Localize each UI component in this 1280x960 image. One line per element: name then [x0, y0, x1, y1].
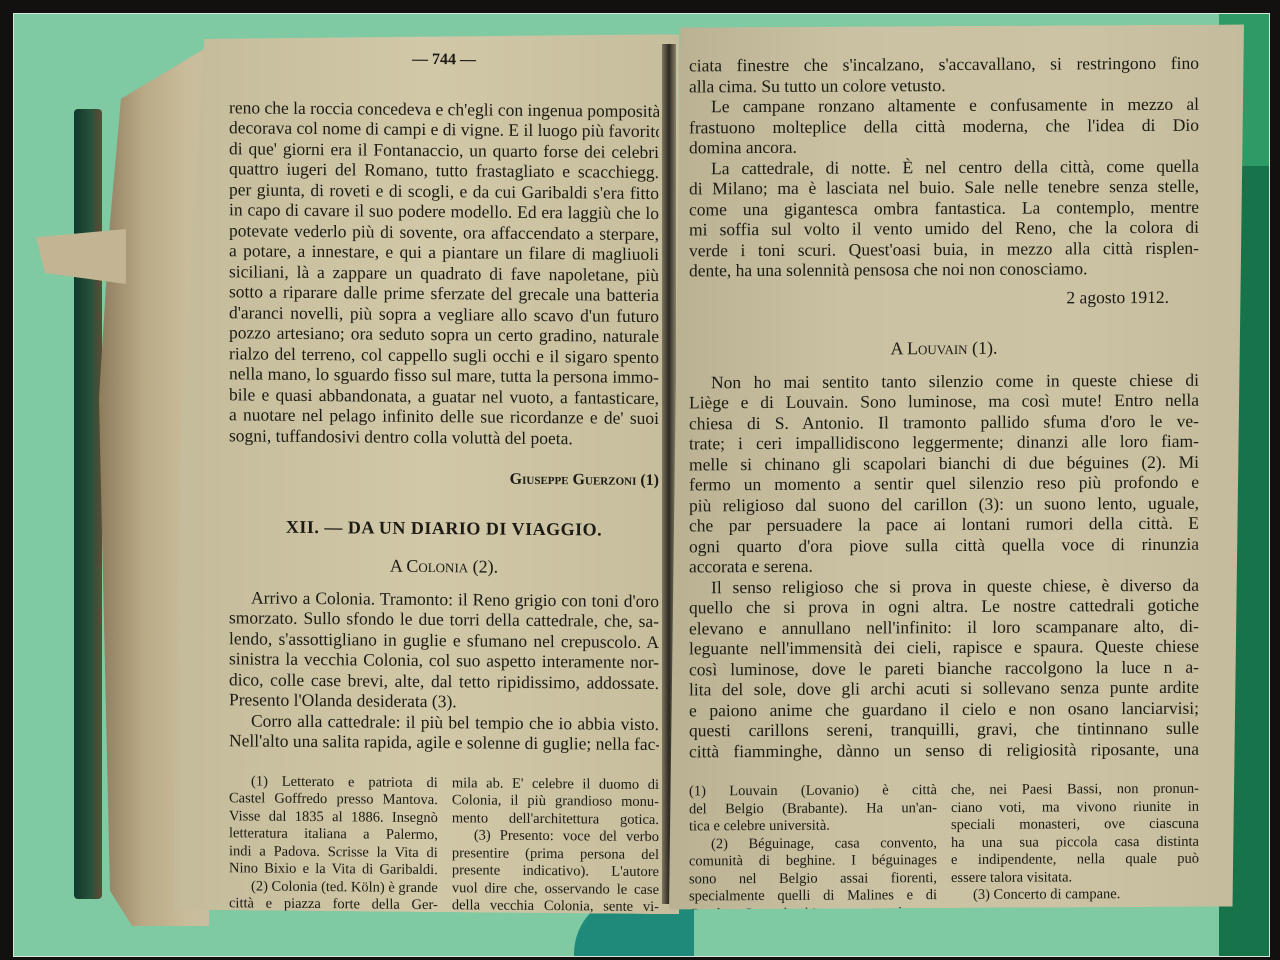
- footnote-line: Visse dal 1835 al 1886. Insegnò: [229, 808, 438, 827]
- entry-date: 2 agosto 1912.: [689, 286, 1199, 309]
- text-line: lita del sole, dove gli archi acuti si s…: [689, 677, 1199, 700]
- footnote-line: mania sul Reno. Ha circa 380: [229, 913, 438, 932]
- footnote-line: (3) Presento: voce del verbo: [452, 827, 659, 846]
- text-line: che par persuadere la pace ai lontani ru…: [689, 513, 1199, 536]
- text-line: melle si chinano gli scapolari bianchi d…: [689, 451, 1199, 474]
- text-line: frastuono molteplice della città moderna…: [689, 114, 1199, 137]
- footnote-line: specialmente quelli di Malines e di: [689, 887, 937, 906]
- footnotes: (1) Louvain (Lovanio) è città del Belgio…: [689, 781, 1199, 924]
- footnote-line: ha una sua piccola casa distinta: [951, 833, 1199, 852]
- text-line: Nell'alto una salita rapida, agile e sol…: [229, 730, 659, 754]
- text-line: domina ancora.: [689, 135, 1199, 158]
- guerzoni-paragraph: reno che la roccia concedeva e ch'egli c…: [229, 97, 659, 449]
- text-line: questi carillons sereni, tranquilli, gra…: [689, 718, 1199, 741]
- torn-page-fragment: [36, 229, 126, 284]
- text-line: e paiono anime che guardano il cielo e n…: [689, 697, 1199, 720]
- text-line: sogni, tuffandosivi dentro colla voluttà…: [229, 425, 659, 449]
- text-line: dente, ha una solennità pensosa che noi …: [689, 258, 1199, 281]
- colonia-paragraph: Arrivo a Colonia. Tramonto: il Reno grig…: [229, 587, 659, 755]
- footnote-line: vuol dire che, osservando le case: [452, 880, 659, 899]
- footnote-line: mila ab. E' celebre il duomo di: [452, 775, 659, 794]
- section-title-louvain: A Louvain (1).: [689, 337, 1199, 360]
- text-line: mi soffia sul volto il vento umido del R…: [689, 217, 1199, 240]
- footnote-line: comunità di beghine. I béguinages: [689, 852, 937, 871]
- text-line: ciata finestre che s'incalzano, s'accava…: [689, 53, 1199, 76]
- footnote-line: Gand. Le beghine son devote,: [689, 905, 937, 924]
- footnote-line: ciano voti, ma vivono riunite in: [951, 798, 1199, 817]
- footnotes-column-1: (1) Louvain (Lovanio) è città del Belgio…: [689, 782, 937, 923]
- footnotes: (1) Letterato e patriota di Castel Goffr…: [229, 773, 659, 934]
- right-page: ciata finestre che s'incalzano, s'accava…: [669, 24, 1244, 909]
- text-line: chiesa di S. Antonio. Il tramonto pallid…: [689, 410, 1199, 433]
- footnote-line: Colonia, il più grandioso monu-: [452, 792, 659, 811]
- photograph: — 744 — reno che la roccia concedeva e c…: [13, 13, 1270, 957]
- footnote-line: speciali monasteri, ove ciascuna: [951, 816, 1199, 835]
- text-line: città fiamminghe, dànno un senso di reli…: [689, 738, 1199, 761]
- section-title-colonia: A Colonia (2).: [229, 554, 659, 578]
- text-line: alla cima. Su tutto un colore vetusto.: [689, 73, 1199, 96]
- footnote-line: (1) Louvain (Lovanio) è città: [689, 782, 937, 801]
- text-line: trate; i ceri impallidiscono leggermente…: [689, 431, 1199, 454]
- footnote-line: indi a Padova. Scrisse la Vita di: [229, 843, 438, 862]
- footnote-line: Nino Bixio e la Vita di Garibaldi.: [229, 860, 438, 879]
- cathedral-paragraph: ciata finestre che s'incalzano, s'accava…: [689, 53, 1199, 281]
- text-line: verde i toni scuri. Quest'oasi buia, in …: [689, 237, 1199, 260]
- page-number: — 744 —: [229, 48, 659, 72]
- footnote-line: presentire (prima persona del: [452, 845, 659, 864]
- text-line: fermo un momento a sentir quel silenzio …: [689, 472, 1199, 495]
- footnote-line: mento dell'architettura gotica.: [452, 810, 659, 829]
- text-line: accorata e serena.: [689, 554, 1199, 577]
- book-spine: [74, 109, 102, 899]
- footnote-line: (3) Concerto di campane.: [951, 886, 1199, 905]
- footnote-line: presente indicativo). L'autore: [452, 862, 659, 881]
- text-line: leguante nell'immensità dei cieli, rapis…: [689, 636, 1199, 659]
- text-line: così luminose, dove le pareti bianche ra…: [689, 656, 1199, 679]
- footnotes-column-2: che, nei Paesi Bassi, non pronun- ciano …: [951, 781, 1199, 922]
- footnote-line: sono nel Belgio assai fiorenti,: [689, 870, 937, 889]
- footnotes-column-2: mila ab. E' celebre il duomo di Colonia,…: [452, 775, 659, 934]
- footnote-line: letteratura italiana a Palermo,: [229, 825, 438, 844]
- footnote-line: essere talora visitata.: [951, 868, 1199, 887]
- footnote-line: Castel Goffredo presso Mantova.: [229, 790, 438, 809]
- footnote-line: del Belgio (Brabante). Ha un'an-: [689, 800, 937, 819]
- footnote-line: che, nei Paesi Bassi, non pronun-: [951, 781, 1199, 800]
- text-line: Liège e di Louvain. Sono luminose, ma co…: [689, 390, 1199, 413]
- chapter-title: XII. — DA UN DIARIO DI VIAGGIO.: [229, 516, 659, 540]
- footnotes-column-1: (1) Letterato e patriota di Castel Goffr…: [229, 773, 438, 932]
- text-line: La cattedrale, di notte. È nel centro de…: [689, 155, 1199, 178]
- louvain-paragraphs: Non ho mai sentito tanto silenzio come i…: [689, 369, 1199, 761]
- text-line: ogni quarto d'ora piove sulla città quel…: [689, 533, 1199, 556]
- text-line: Le campane ronzano altamente e confusame…: [689, 94, 1199, 117]
- text-line: Non ho mai sentito tanto silenzio come i…: [689, 369, 1199, 392]
- footnote-line: tica e celebre università.: [689, 817, 937, 836]
- right-page-content: ciata finestre che s'incalzano, s'accava…: [689, 35, 1199, 924]
- author-signature: Giuseppe Guerzoni (1): [229, 467, 659, 491]
- end-mark: —: [951, 903, 1199, 922]
- footnote-line: (2) Colonia (ted. Köln) è grande: [229, 878, 438, 897]
- text-line: elevano e annullano nell'infinito: il lo…: [689, 615, 1199, 638]
- left-page-content: — 744 — reno che la roccia concedeva e c…: [229, 48, 659, 934]
- text-line: più religioso dal suono del carillon (3)…: [689, 492, 1199, 515]
- text-line: di Milano; ma è lasciata nel buio. Sale …: [689, 176, 1199, 199]
- footnote-line: della vecchia Colonia, sente vi-: [452, 897, 659, 916]
- text-line: Il senso religioso che si prova in quest…: [689, 574, 1199, 597]
- text-line: come una gigantesca ombra fantastica. La…: [689, 196, 1199, 219]
- footnote-line: (2) Béguinage, casa convento,: [689, 835, 937, 854]
- text-line: quello che si prova in ogni altra. Le no…: [689, 595, 1199, 618]
- left-page: — 744 — reno che la roccia concedeva e c…: [174, 30, 679, 914]
- footnote-line: città e piazza forte della Ger-: [229, 895, 438, 914]
- footnote-line: e indipendente, nella quale può: [951, 851, 1199, 870]
- footnote-line: (1) Letterato e patriota di: [229, 773, 438, 792]
